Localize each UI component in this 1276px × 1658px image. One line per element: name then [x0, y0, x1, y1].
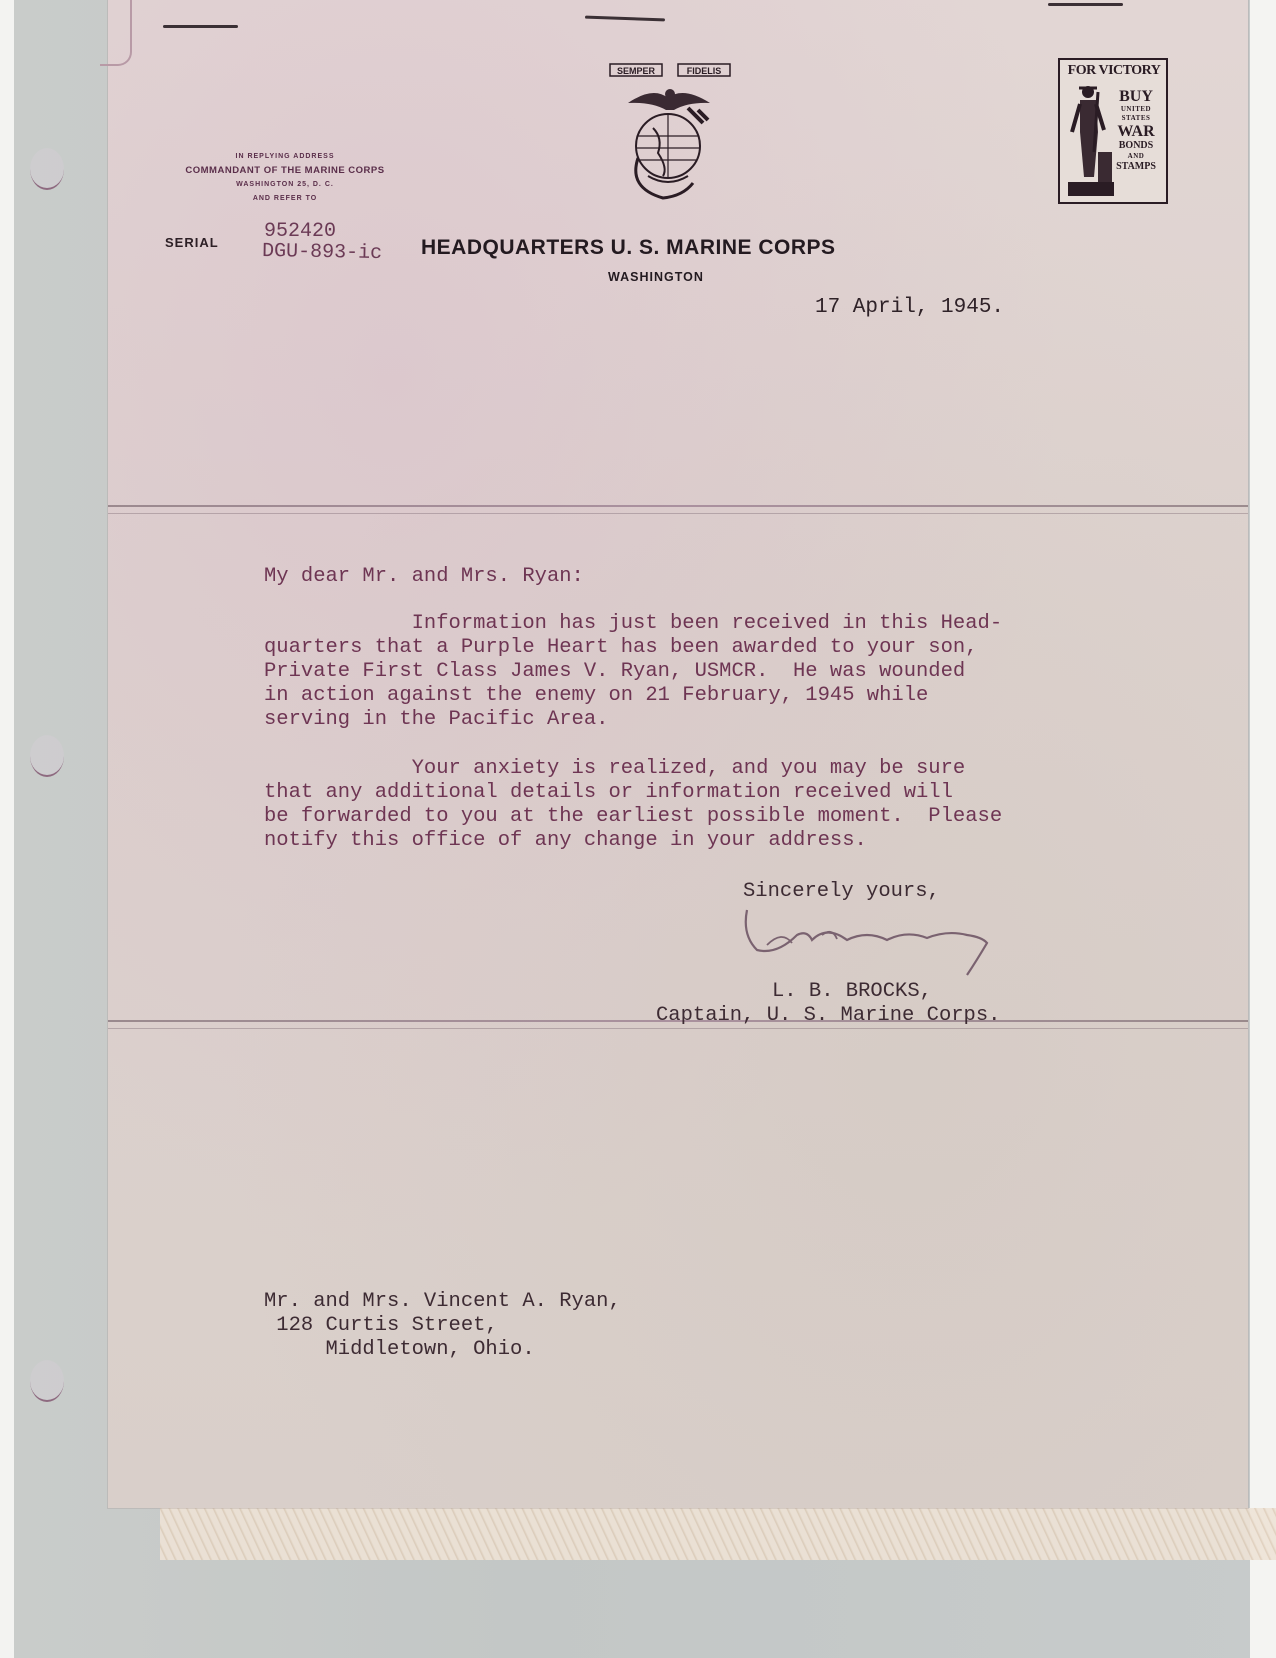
letterhead-subtitle: WASHINGTON — [608, 270, 704, 284]
minuteman-statue-icon — [1066, 82, 1116, 200]
reply-line: AND REFER TO — [160, 192, 410, 206]
hole-punch — [30, 1360, 64, 1402]
paragraph-line: serving in the Pacific Area. — [264, 708, 608, 733]
paragraph-line: Your anxiety is realized, and you may be… — [264, 757, 965, 782]
reply-line: IN REPLYING ADDRESS — [160, 150, 410, 164]
paper-tab-edge — [100, 0, 132, 66]
staple-mark — [163, 25, 238, 28]
address-line: Mr. and Mrs. Vincent A. Ryan, — [264, 1290, 621, 1315]
paragraph-line: be forwarded to you at the earliest poss… — [264, 805, 1002, 830]
handwritten-signature — [737, 905, 1027, 985]
salutation: My dear Mr. and Mrs. Ryan: — [264, 565, 584, 590]
serial-number: 952420 — [264, 222, 336, 242]
scan-margin — [1250, 0, 1276, 1658]
signer-name: L. B. BROCKS, — [772, 980, 932, 1005]
hatched-backing-strip — [160, 1508, 1276, 1560]
letterhead-title: HEADQUARTERS U. S. MARINE CORPS — [421, 236, 836, 260]
svg-text:SEMPER: SEMPER — [617, 66, 656, 76]
paragraph-line: quarters that a Purple Heart has been aw… — [264, 636, 978, 661]
staple-mark — [1048, 3, 1123, 6]
fold-line — [108, 505, 1248, 507]
reply-address-block: IN REPLYING ADDRESS COMMANDANT OF THE MA… — [160, 150, 410, 206]
letter-date: 17 April, 1945. — [815, 296, 1004, 319]
stamp-headline: FOR VICTORY — [1062, 63, 1166, 79]
serial-code: DGU-893-ic — [262, 242, 382, 264]
eagle-globe-anchor-icon: SEMPER FIDELIS — [608, 58, 733, 206]
paragraph-line: notify this office of any change in your… — [264, 829, 867, 854]
svg-text:FIDELIS: FIDELIS — [687, 66, 722, 76]
paragraph-line: in action against the enemy on 21 Februa… — [264, 684, 928, 709]
address-line: 128 Curtis Street, — [264, 1314, 498, 1339]
paragraph-line: Information has just been received in th… — [264, 612, 1002, 637]
paragraph-line: that any additional details or informati… — [264, 781, 953, 806]
reply-line: COMMANDANT OF THE MARINE CORPS — [160, 164, 410, 178]
hole-punch — [30, 148, 64, 190]
reply-line: WASHINGTON 25, D. C. — [160, 178, 410, 192]
hole-punch — [30, 735, 64, 777]
paragraph-line: Private First Class James V. Ryan, USMCR… — [264, 660, 965, 685]
closing: Sincerely yours, — [743, 880, 940, 905]
address-line: Middletown, Ohio. — [264, 1338, 535, 1363]
stamp-text: BUY UNITED STATES WAR BONDS AND STAMPS — [1110, 88, 1162, 173]
war-bonds-stamp: FOR VICTORY BUY UNITED STATES WAR BONDS … — [1058, 58, 1168, 204]
signer-title: Captain, U. S. Marine Corps. — [656, 1004, 1000, 1029]
serial-label: SERIAL — [165, 235, 219, 250]
